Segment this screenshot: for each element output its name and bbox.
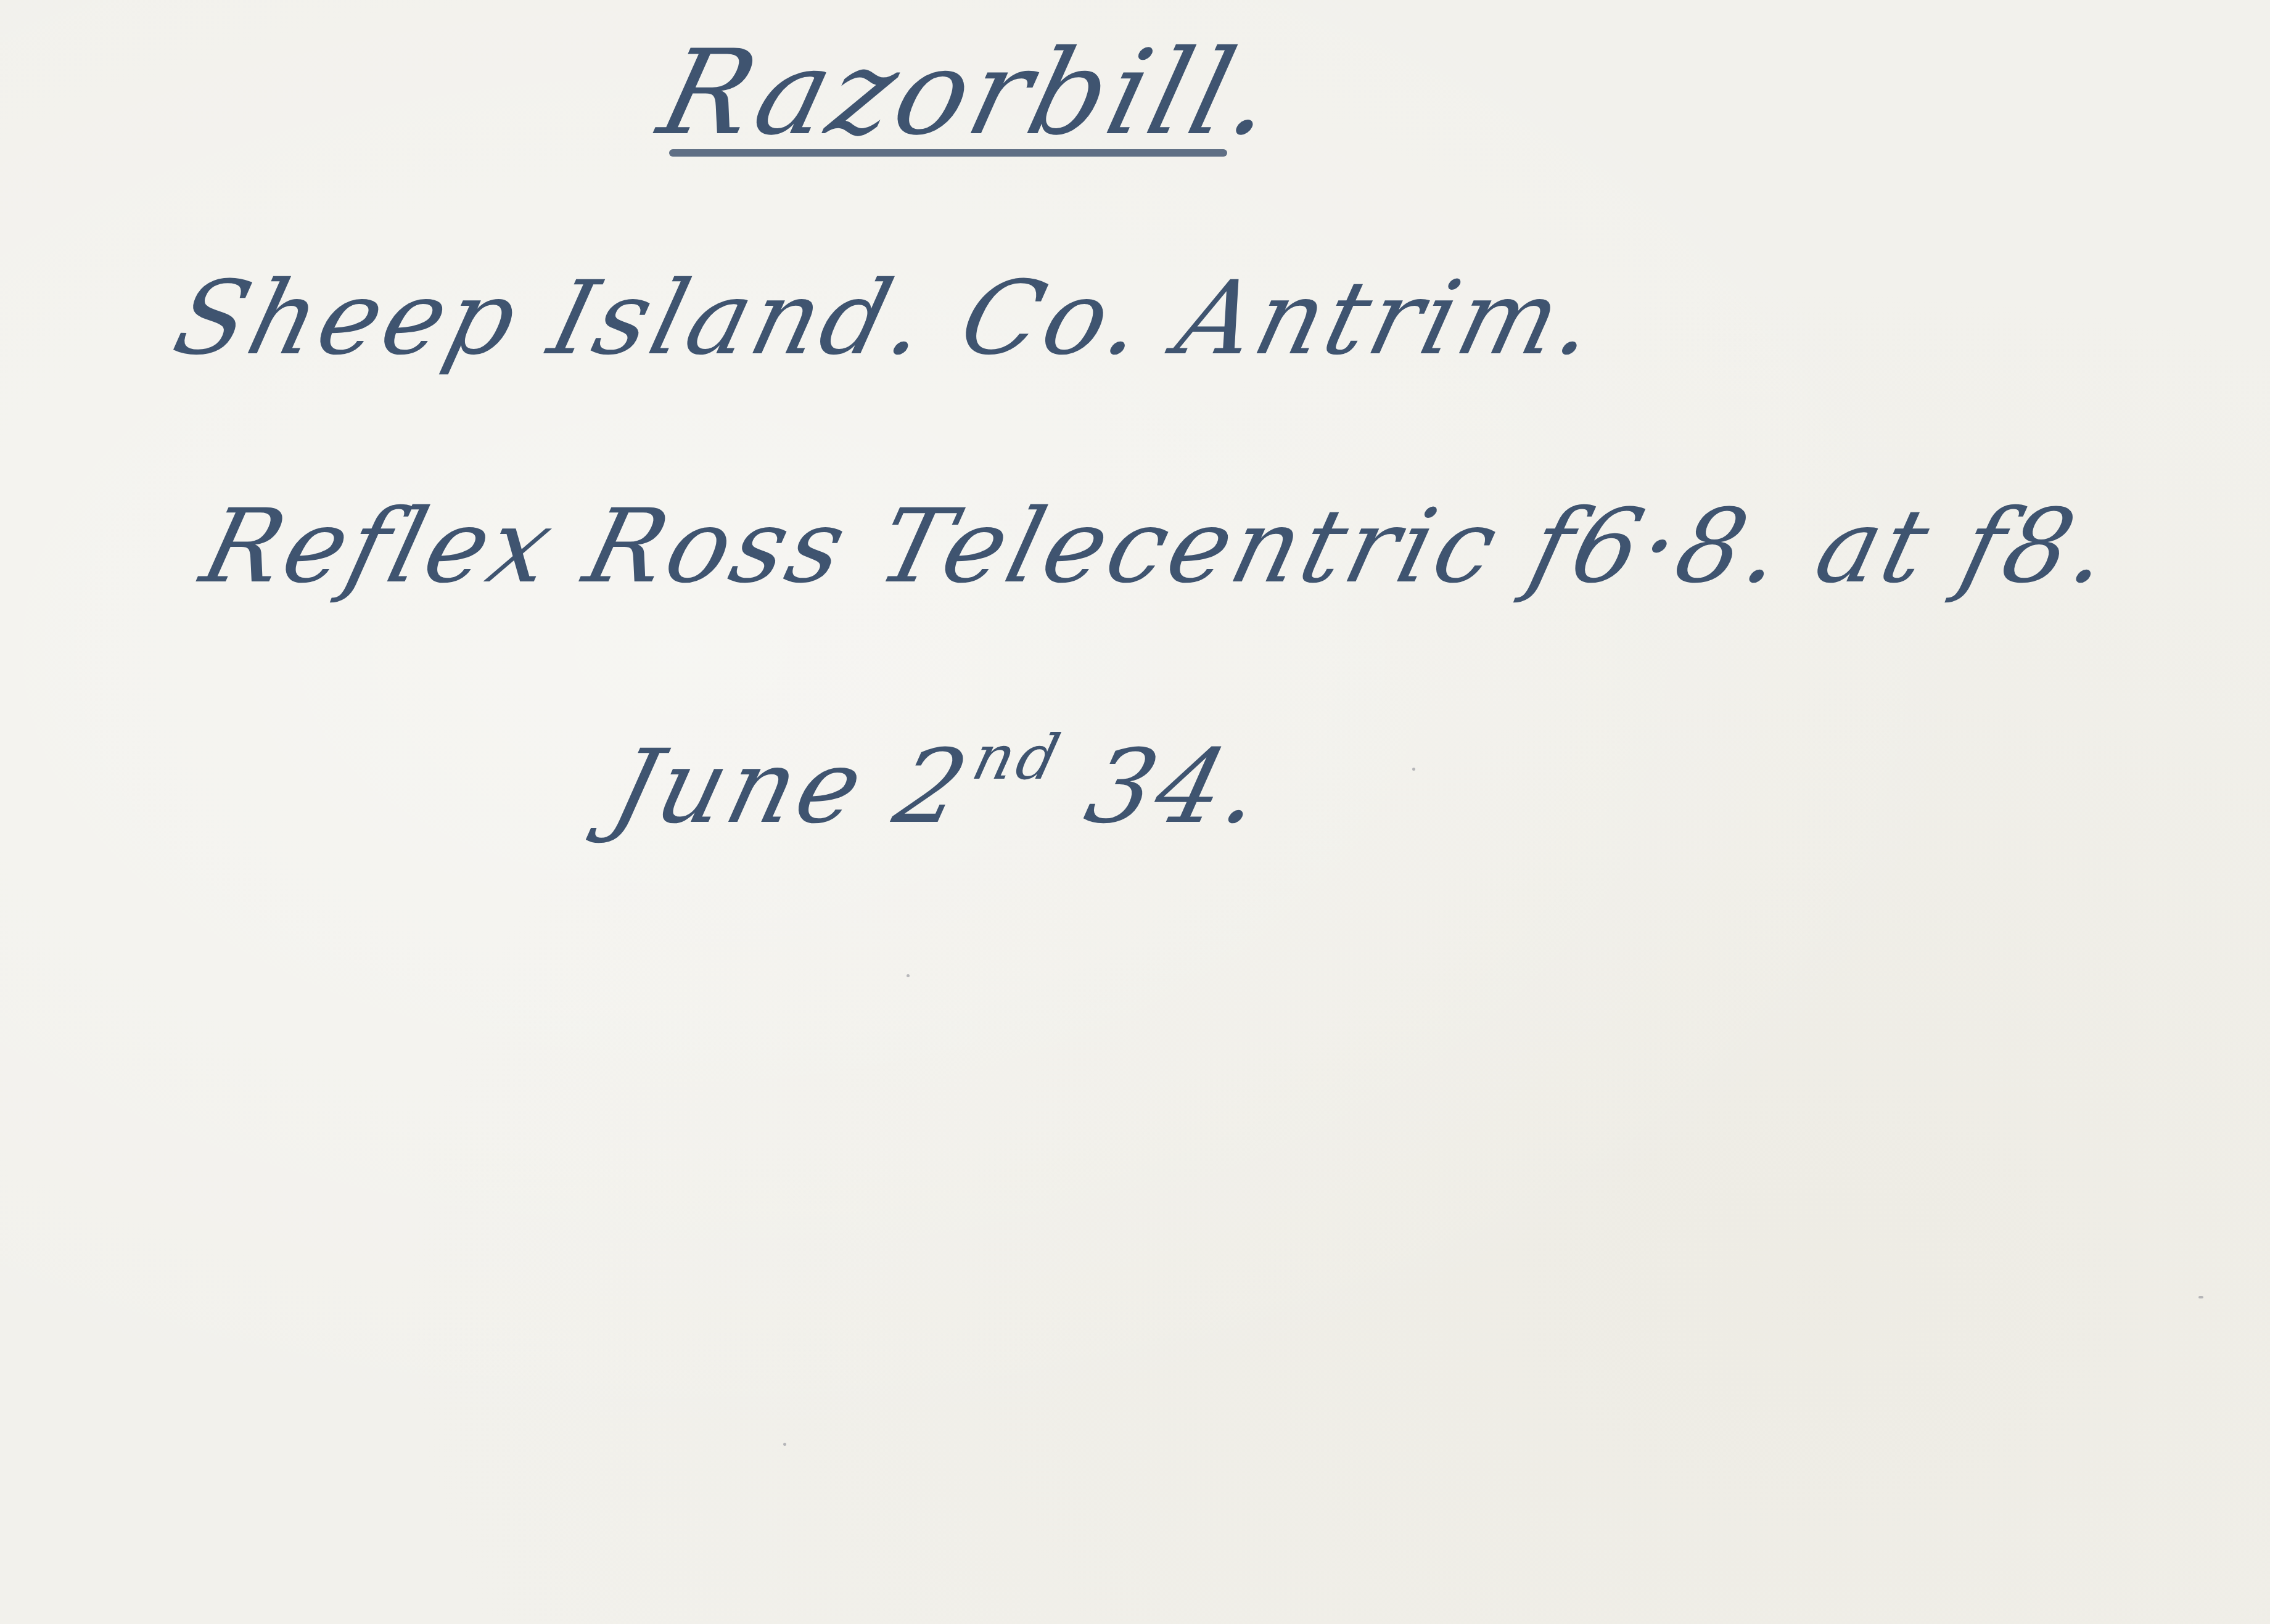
paper-speck [1412,768,1415,771]
title-underline [669,149,1227,157]
location-line: Sheep Island. Co. Antrim. [163,259,1611,377]
date-year: 34. [1039,728,1278,846]
paper-speck [2198,1296,2203,1298]
note-card: Razorbill. Sheep Island. Co. Antrim. Ref… [0,0,2270,1624]
date-month-day: June 2 [601,728,982,846]
paper-speck [907,974,910,977]
paper-speck [783,1443,786,1446]
species-title: Razorbill. [648,25,1292,161]
date-line: June 2nd 34. [601,721,1279,846]
camera-settings-line: Reflex Ross Telecentric f6·8. at f8. [191,487,2126,605]
